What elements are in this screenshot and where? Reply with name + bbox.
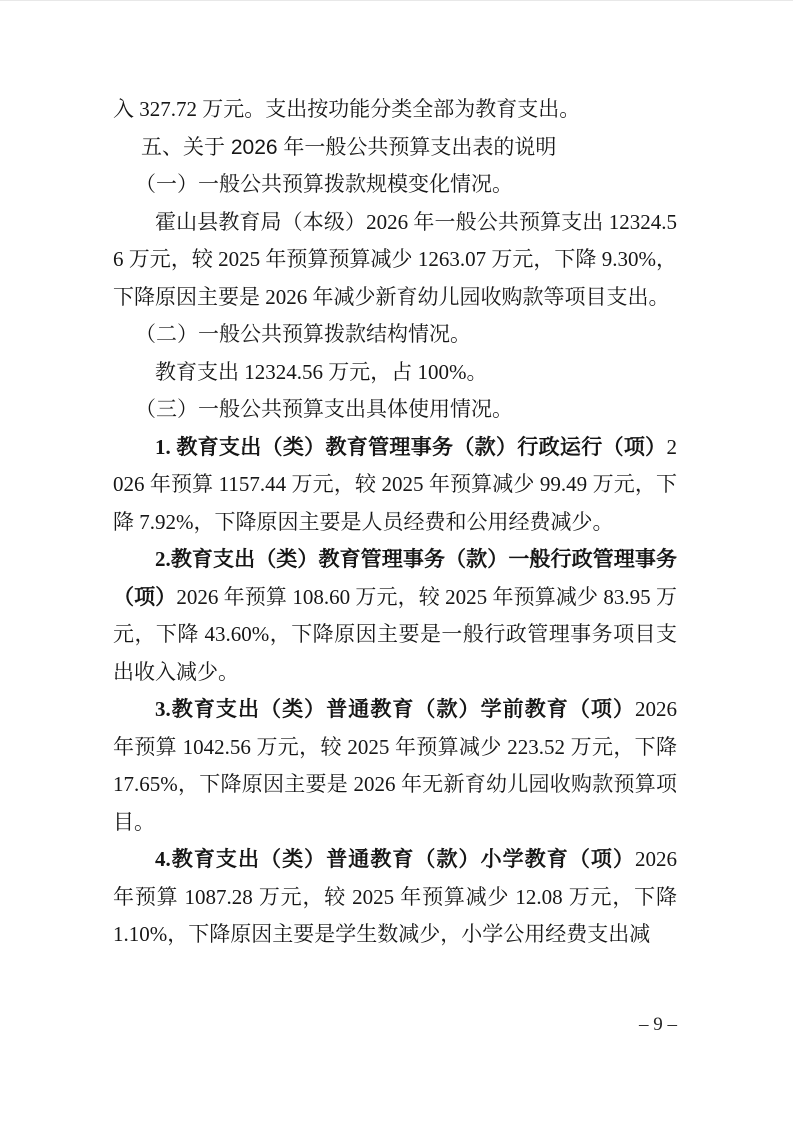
subsection-heading-1: （一）一般公共预算拨款规模变化情况。 — [113, 166, 677, 204]
numbered-item-3: 3.教育支出（类）普通教育（款）学前教育（项）2026 年预算 1042.56 … — [113, 691, 677, 841]
subsection-heading-2: （二）一般公共预算拨款结构情况。 — [113, 316, 677, 354]
numbered-item-4-lead: 4.教育支出（类）普通教育（款）小学教育（项） — [155, 847, 635, 871]
page-number: – 9 – — [113, 1013, 677, 1037]
numbered-item-4: 4.教育支出（类）普通教育（款）小学教育（项）2026 年预算 1087.28 … — [113, 841, 677, 954]
body-paragraph-structure: 教育支出 12324.56 万元，占 100%。 — [113, 354, 677, 392]
numbered-item-2: 2.教育支出（类）教育管理事务（款）一般行政管理事务（项）2026 年预算 10… — [113, 541, 677, 691]
numbered-item-2-body: 2026 年预算 108.60 万元，较 2025 年预算减少 83.95 万元… — [113, 585, 677, 684]
body-paragraph-scale-change: 霍山县教育局（本级）2026 年一般公共预算支出 12324.56 万元，较 2… — [113, 204, 677, 317]
document-page: 入 327.72 万元。支出按功能分类全部为教育支出。 五、关于 2026 年一… — [0, 0, 793, 1122]
document-content: 入 327.72 万元。支出按功能分类全部为教育支出。 五、关于 2026 年一… — [113, 91, 677, 954]
section-heading-five: 五、关于 2026 年一般公共预算支出表的说明 — [113, 129, 677, 167]
numbered-item-3-lead: 3.教育支出（类）普通教育（款）学前教育（项） — [155, 697, 635, 721]
numbered-item-1: 1. 教育支出（类）教育管理事务（款）行政运行（项）2026 年预算 1157.… — [113, 429, 677, 542]
numbered-item-1-lead: 1. 教育支出（类）教育管理事务（款）行政运行（项） — [155, 435, 667, 459]
subsection-heading-3: （三）一般公共预算支出具体使用情况。 — [113, 391, 677, 429]
paragraph-continuation: 入 327.72 万元。支出按功能分类全部为教育支出。 — [113, 91, 677, 129]
